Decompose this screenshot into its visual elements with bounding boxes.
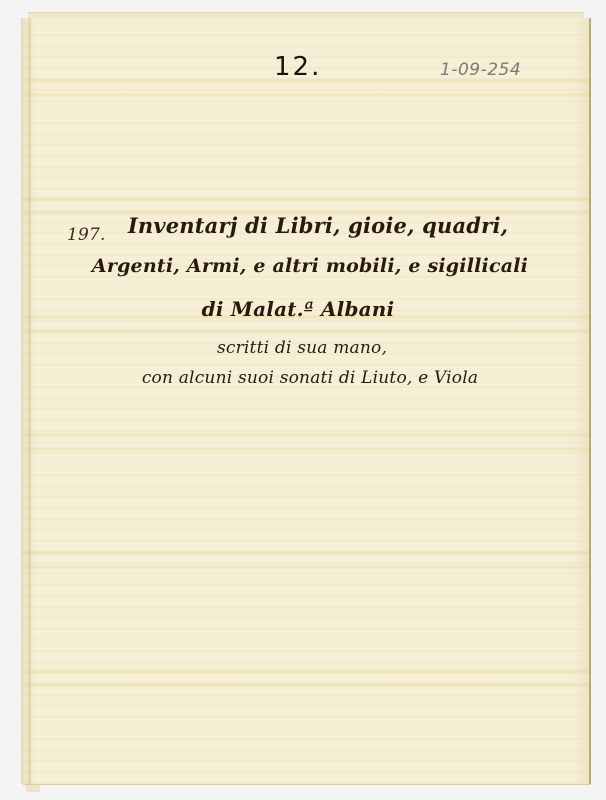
title-line-3: di Malat.ª Albani (14, 297, 582, 321)
title-line-5: con alcuni suoi sonati di Liuto, e Viola (26, 368, 594, 388)
manuscript-page: 12. 1-09-254 197. Inventarj di Libri, gi… (22, 18, 590, 784)
folio-number: 12. (274, 52, 321, 82)
page-right-edge (589, 18, 591, 784)
page-fold-line (28, 18, 31, 784)
title-line-2: Argenti, Armi, e altri mobili, e sigilli… (26, 255, 594, 277)
title-line-4: scritti di sua mano, (18, 338, 586, 358)
title-line-1: Inventarj di Libri, gioie, quadri, (34, 213, 602, 238)
catalog-number: 1-09-254 (440, 60, 521, 80)
